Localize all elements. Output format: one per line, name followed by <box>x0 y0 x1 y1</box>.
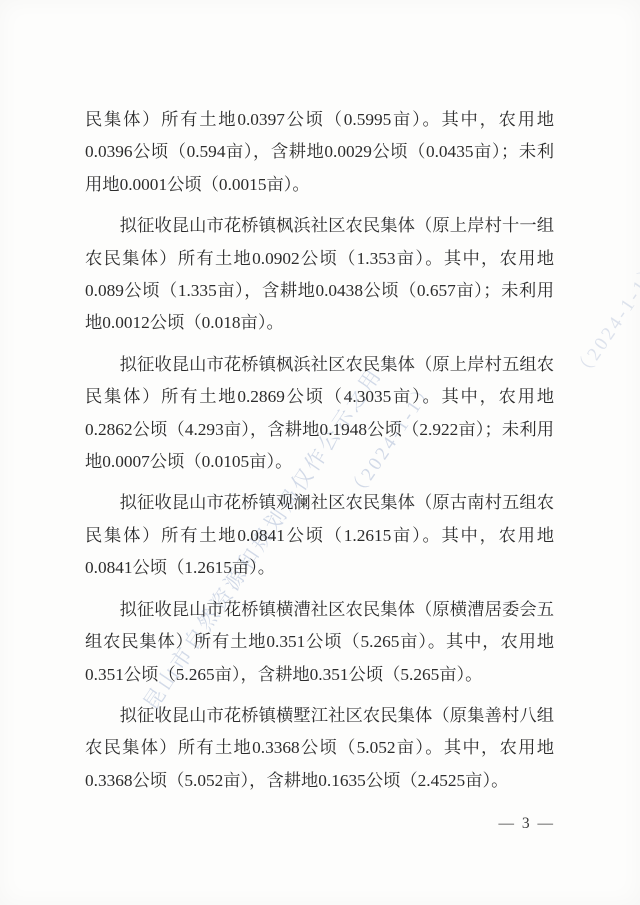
diagonal-watermark-date-edge: （2024-1-1） <box>567 254 640 383</box>
page-number: — 3 — <box>499 815 556 833</box>
body-paragraph: 拟征收昆山市花桥镇横漕社区农民集体（原横漕居委会五组农民集体）所有土地0.351… <box>85 594 554 691</box>
document-body: 民集体）所有土地0.0397公顷（0.5995亩）。其中，农用地0.0396公顷… <box>85 104 554 806</box>
body-paragraph: 拟征收昆山市花桥镇观澜社区农民集体（原古南村五组农民集体）所有土地0.0841公… <box>85 487 554 584</box>
body-paragraph: 拟征收昆山市花桥镇枫浜社区农民集体（原上岸村十一组农民集体）所有土地0.0902… <box>85 210 554 340</box>
body-paragraph: 民集体）所有土地0.0397公顷（0.5995亩）。其中，农用地0.0396公顷… <box>85 104 554 201</box>
document-page: 昆山市自然资源和规划局仅作公示之用 （2024-1-1） （2024-1-1） … <box>0 0 640 905</box>
body-paragraph: 拟征收昆山市花桥镇横墅江社区农民集体（原集善村八组农民集体）所有土地0.3368… <box>85 700 554 797</box>
body-paragraph: 拟征收昆山市花桥镇枫浜社区农民集体（原上岸村五组农民集体）所有土地0.2869公… <box>85 349 554 479</box>
